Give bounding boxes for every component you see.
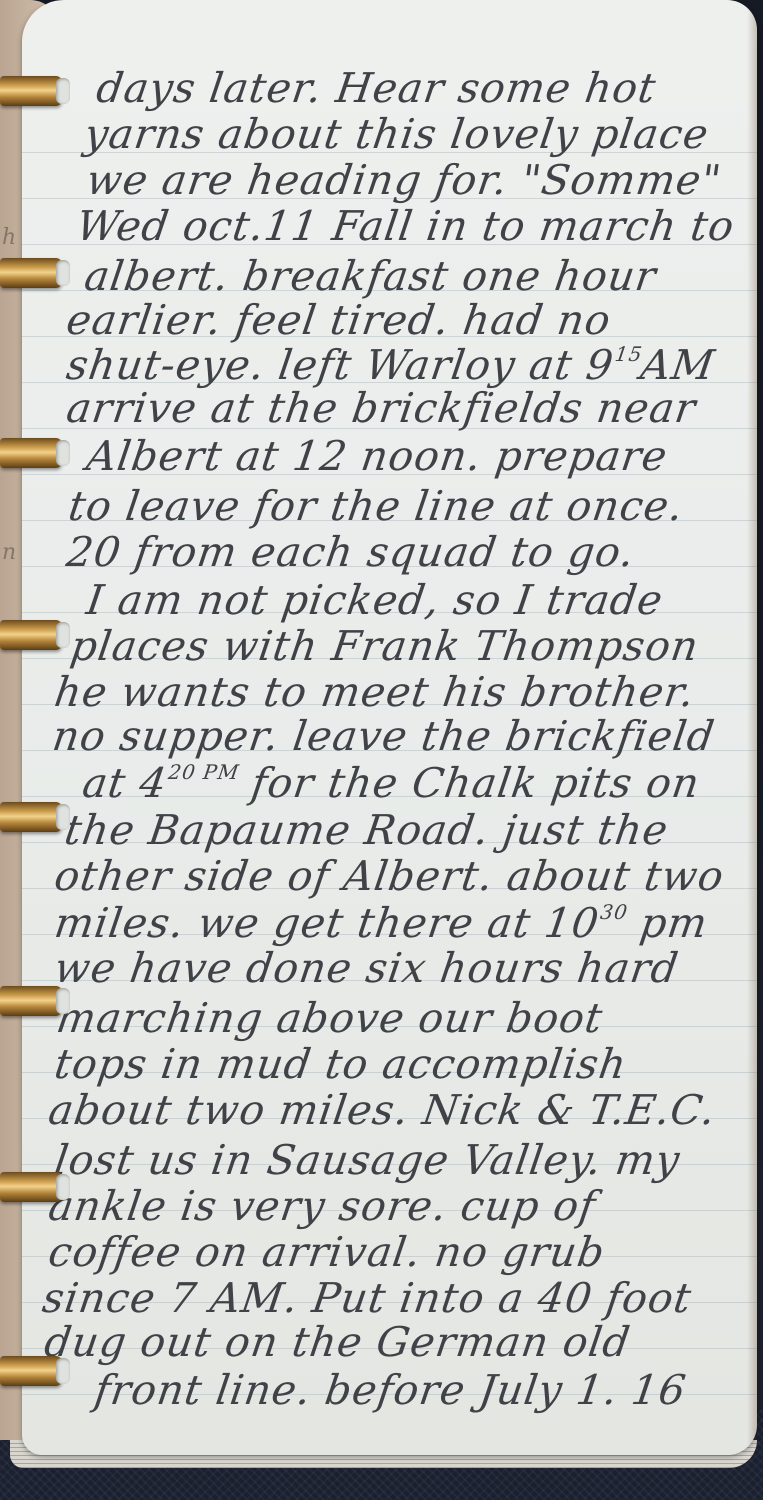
- spiral-ring: [0, 438, 62, 468]
- text-line-13: places with Frank Thompson: [68, 626, 701, 667]
- text-line-23: about two miles. Nick & T.E.C.: [46, 1090, 718, 1131]
- ghost-handwriting: h: [2, 225, 16, 250]
- text-line-5: albert. breakfast one hour: [82, 256, 659, 297]
- text-line-12: I am not picked, so I trade: [84, 580, 666, 621]
- text-line-22: tops in mud to accomplish: [52, 1044, 629, 1085]
- text-line-19-sup: 30: [599, 900, 630, 924]
- text-line-9: Albert at 12 noon. prepare: [84, 436, 670, 477]
- text-line-17: the Bapaume Road. just the: [62, 810, 671, 851]
- spiral-ring: [0, 258, 62, 288]
- text-line-10: to leave for the line at once.: [66, 486, 686, 527]
- text-line-19-tail: pm: [623, 899, 711, 947]
- spiral-ring: [0, 986, 62, 1016]
- text-line-16: at 420 PM for the Chalk pits on: [80, 762, 703, 804]
- text-line-19-main: miles. we get there at 10: [52, 899, 603, 947]
- spiral-ring: [0, 1356, 62, 1386]
- diary-page: days later. Hear some hot yarns about th…: [22, 0, 757, 1455]
- text-line-6: earlier. feel tired. had no: [64, 300, 614, 341]
- text-line-2: yarns about this lovely place: [82, 114, 711, 155]
- text-line-20: we have done six hours hard: [52, 948, 681, 989]
- text-line-24: lost us in Sausage Valley. my: [52, 1140, 683, 1181]
- text-line-26: coffee on arrival. no grub: [46, 1232, 608, 1273]
- spiral-ring: [0, 76, 62, 106]
- ghost-handwriting: n: [2, 540, 16, 565]
- text-line-29: front line. before July 1. 16: [92, 1370, 689, 1411]
- text-line-19: miles. we get there at 1030 pm: [52, 902, 711, 944]
- spiral-ring: [0, 620, 62, 650]
- text-line-21: marching above our boot: [54, 998, 605, 1039]
- text-line-16-main: at 4: [80, 759, 171, 807]
- spiral-ring: [0, 802, 62, 832]
- spiral-ring: [0, 1172, 62, 1202]
- page-edge-shadow: [747, 0, 757, 1455]
- text-line-18: other side of Albert. about two: [52, 856, 727, 897]
- text-line-1: days later. Hear some hot: [94, 68, 659, 109]
- text-line-3: we are heading for. "Somme": [84, 160, 724, 201]
- text-line-11: 20 from each squad to go.: [64, 532, 637, 573]
- text-line-16-tail: for the Chalk pits on: [234, 759, 703, 807]
- text-line-25: ankle is very sore. cup of: [46, 1186, 598, 1227]
- text-line-7-tail: AM: [638, 341, 718, 389]
- text-line-7-main: shut-eye. left Warloy at 9: [64, 341, 617, 389]
- text-line-16-sup: 20 PM: [167, 760, 241, 784]
- text-line-7-sup: 15: [613, 342, 644, 366]
- text-line-15: no supper. leave the brickfield: [50, 716, 717, 757]
- text-line-27: since 7 AM. Put into a 40 foot: [40, 1278, 694, 1319]
- text-line-4: Wed oct.11 Fall in to march to: [74, 206, 737, 247]
- text-line-8: arrive at the brickfields near: [64, 388, 699, 429]
- text-line-28: dug out on the German old: [42, 1322, 633, 1363]
- text-line-14: he wants to meet his brother.: [52, 672, 697, 713]
- text-line-7: shut-eye. left Warloy at 915AM: [64, 344, 718, 386]
